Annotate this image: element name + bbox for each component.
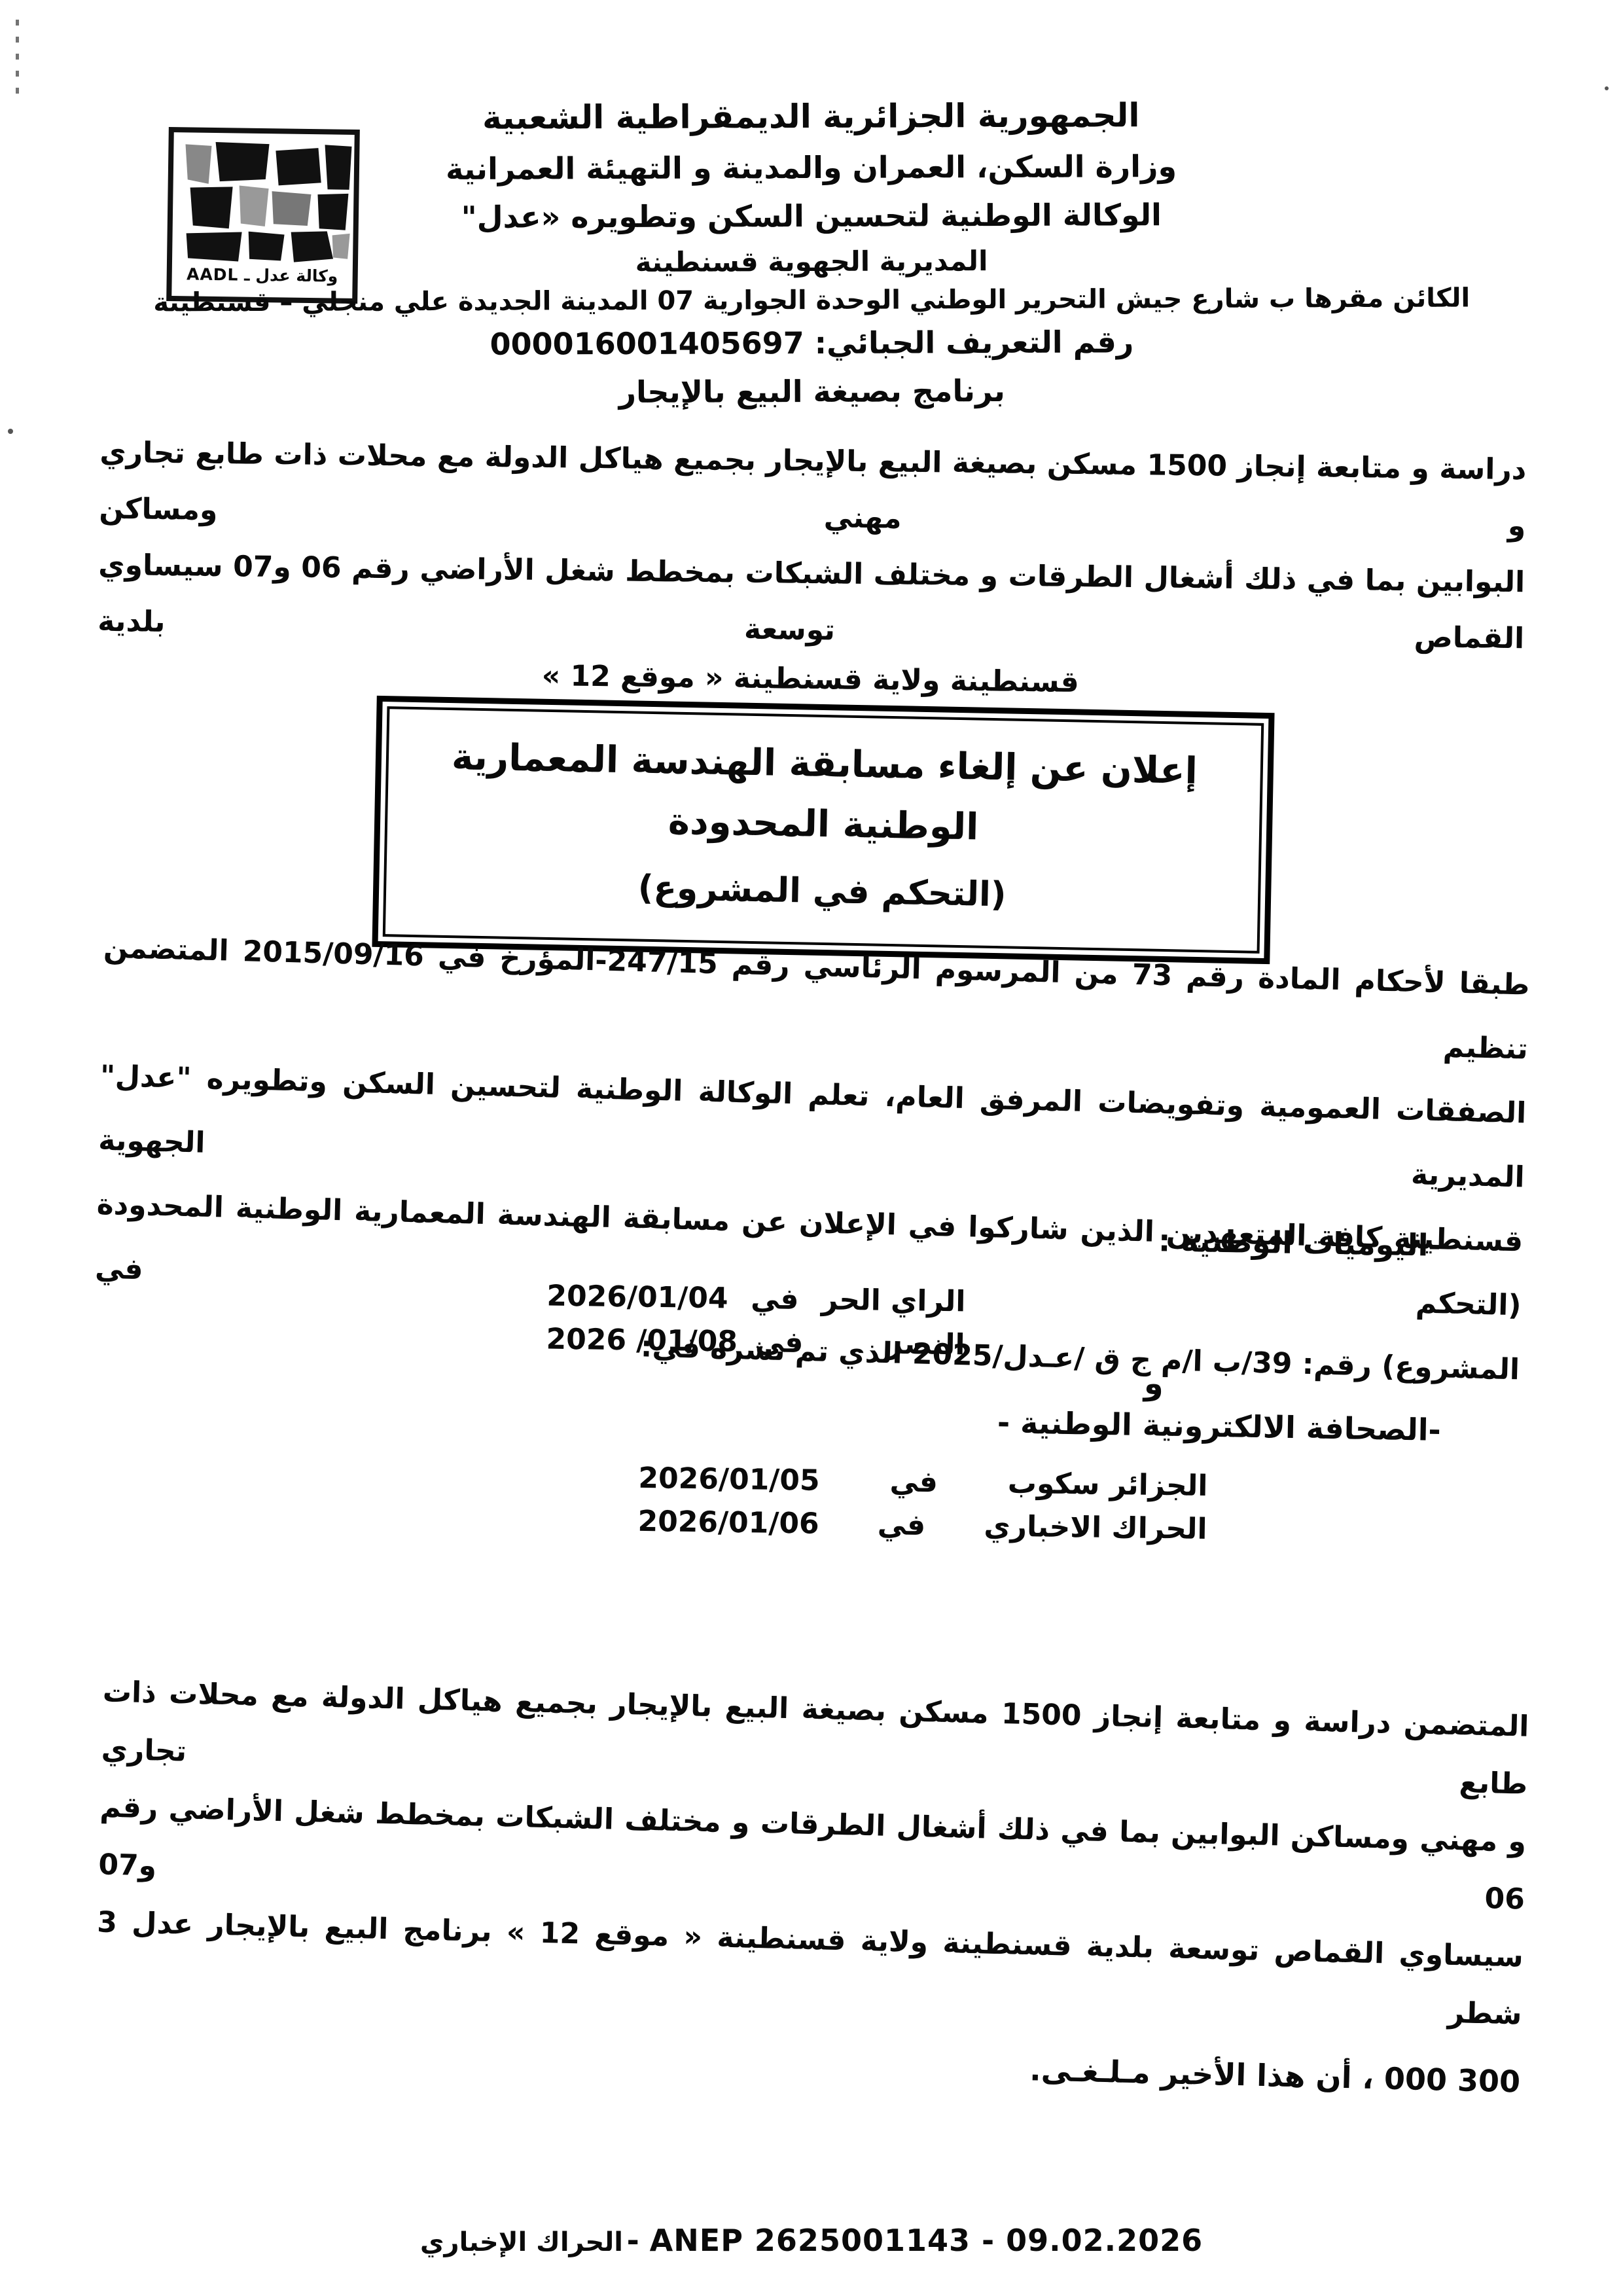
publication-preposition: في — [877, 1503, 925, 1547]
scanned-document-page: وكالة عدل ـ AADL الجمهورية الجزائرية الد… — [0, 0, 1623, 2296]
program-intro-paragraph: دراسة و متابعة إنجاز 1500 مسكن بصيغة الب… — [96, 425, 1527, 751]
header-address-line: الكائن مقرها ب شارع جيش التحرير الوطني ا… — [131, 281, 1492, 319]
header-republic-line: الجمهورية الجزائرية الديمقراطية الشعبية — [130, 94, 1491, 138]
footer-anep-reference: - ANEP 2625001143 - 09.02.2026 — [627, 2223, 1204, 2258]
publication-row: الجزائر سكوب في 2026/01/05 — [638, 1457, 1208, 1508]
publication-row: النصر في 2026 /01/08 — [546, 1318, 965, 1367]
electronic-press-heading: -الصحافة الالكترونية الوطنية - — [997, 1405, 1442, 1448]
header-directorate-line: المديرية الجهوية قسنطينة — [131, 242, 1492, 281]
header-tax-id-line: رقم التعريف الجبائي: 000016001405697 — [131, 322, 1492, 363]
header-ministry-line: وزارة السكن، العمران والمدينة و التهيئة … — [130, 147, 1491, 188]
publication-name: الجزائر سكوب — [1007, 1462, 1208, 1508]
conjunction-and: و — [1144, 1365, 1164, 1402]
closing-paragraph: المتضمن دراسة و متابعة إنجاز 1500 مسكن ب… — [94, 1663, 1530, 2110]
publication-date: 2026 /01/08 — [546, 1318, 738, 1364]
publication-preposition: في — [751, 1278, 799, 1321]
publication-name: النصر — [821, 1321, 965, 1367]
scan-speck — [1605, 86, 1609, 90]
national-dailies-table: الراي الحر في 2026/01/04 النصر في 2026 /… — [546, 1275, 966, 1367]
publication-date: 2026/01/06 — [637, 1500, 819, 1546]
publication-date: 2026/01/05 — [638, 1457, 820, 1503]
publication-preposition: في — [889, 1460, 938, 1504]
publication-row: الراي الحر في 2026/01/04 — [546, 1275, 966, 1324]
publication-name: الحراك الاخباري — [984, 1505, 1207, 1551]
cancellation-notice-box: إعلان عن إلغاء مسابقة الهندسة المعمارية … — [372, 696, 1274, 964]
publication-row: الحراك الاخباري في 2026/01/06 — [637, 1500, 1207, 1551]
cancellation-title-line-1: إعلان عن إلغاء مسابقة الهندسة المعمارية … — [399, 726, 1249, 863]
publication-date: 2026/01/04 — [546, 1275, 728, 1321]
anep-footer: الحراك الإخباري - ANEP 2625001143 - 09.0… — [0, 2223, 1623, 2258]
electronic-press-table: الجزائر سكوب في 2026/01/05 الحراك الاخبا… — [637, 1457, 1208, 1551]
national-dailies-heading: -اليوميات الوطنية : — [1158, 1223, 1441, 1263]
scan-speck — [8, 429, 13, 434]
cancellation-notice-inner-border: إعلان عن إلغاء مسابقة الهندسة المعمارية … — [383, 706, 1264, 954]
publication-name: الراي الحر — [821, 1278, 966, 1323]
footer-publisher-name: الحراك الإخباري — [420, 2227, 623, 2257]
scan-artifact-dashes — [16, 20, 19, 103]
header-program-line: برنامج بصيغة البيع بالإيجار — [132, 370, 1493, 412]
program-intro-line-2: البوابين بما في ذلك أشغال الطرقات و مختل… — [98, 537, 1525, 668]
publication-preposition: في — [755, 1321, 804, 1365]
cancellation-title-line-2: (التحكم في المشروع) — [397, 852, 1247, 931]
document-header: الجمهورية الجزائرية الديمقراطية الشعبية … — [130, 94, 1493, 412]
program-intro-line-1: دراسة و متابعة إنجاز 1500 مسكن بصيغة الب… — [99, 425, 1527, 555]
header-agency-line: الوكالة الوطنية لتحسين السكن وتطويره «عد… — [131, 195, 1492, 236]
